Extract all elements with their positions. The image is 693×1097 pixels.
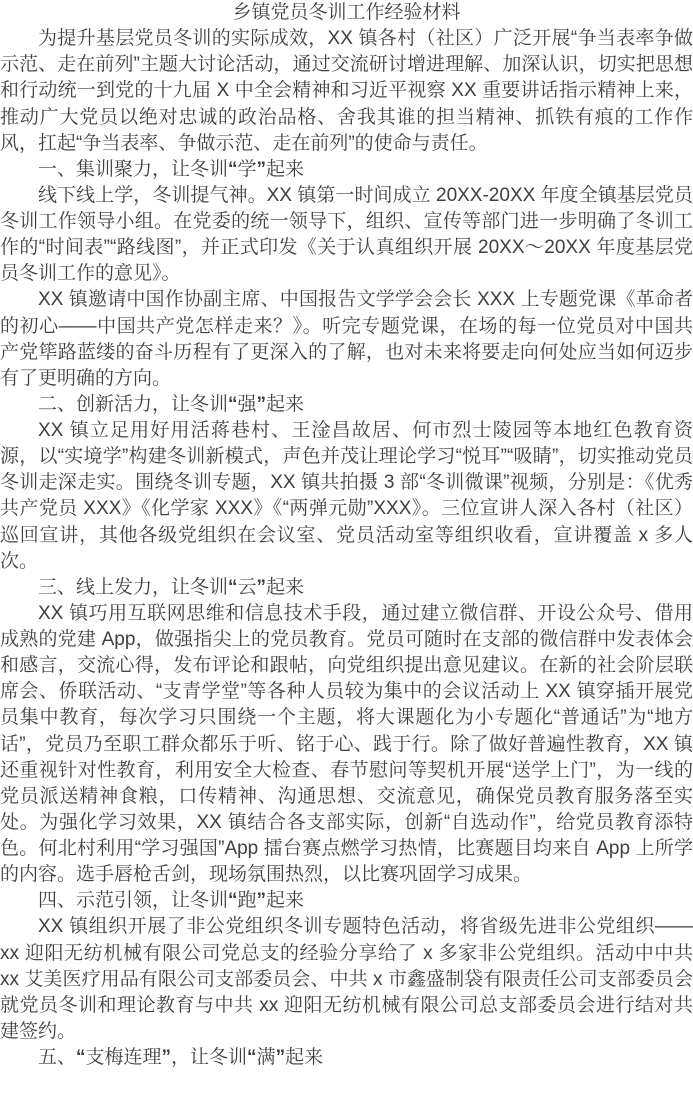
bold-quote-mark: “ bbox=[247, 1047, 257, 1068]
bold-quote-mark: ” bbox=[276, 1047, 286, 1068]
body-paragraph: 为提升基层党员冬训的实际成效，XX 镇各村（社区）广泛开展“争当表率争做示范、走… bbox=[0, 26, 693, 157]
body-paragraph: XX 镇立足用好用活蒋巷村、王淦昌故居、何市烈士陵园等本地红色教育资源，以“实境… bbox=[0, 418, 693, 575]
bold-quote-mark: ” bbox=[257, 577, 267, 598]
body-paragraph: XX 镇组织开展了非公党组织冬训专题特色活动，将省级先进非公党组织——xx 迎阳… bbox=[0, 914, 693, 1045]
section-heading: 二、创新活力，让冬训“强”起来 bbox=[0, 392, 693, 418]
section-heading: 五、“支梅连理”，让冬训“满”起来 bbox=[0, 1045, 693, 1071]
bold-quote-mark: ” bbox=[257, 890, 267, 911]
bold-quote-mark: “ bbox=[228, 577, 238, 598]
body-paragraph: 线下线上学，冬训提气神。XX 镇第一时间成立 20XX-20XX 年度全镇基层党… bbox=[0, 183, 693, 288]
document-page: 乡镇党员冬训工作经验材料为提升基层党员冬训的实际成效，XX 镇各村（社区）广泛开… bbox=[0, 0, 693, 1097]
section-heading: 三、线上发力，让冬训“云”起来 bbox=[0, 575, 693, 601]
bold-quote-mark: ” bbox=[162, 1047, 172, 1068]
bold-quote-mark: “ bbox=[228, 159, 238, 180]
document-content: 乡镇党员冬训工作经验材料为提升基层党员冬训的实际成效，XX 镇各村（社区）广泛开… bbox=[0, 0, 693, 1071]
document-title: 乡镇党员冬训工作经验材料 bbox=[0, 0, 693, 26]
body-paragraph: XX 镇巧用互联网思维和信息技术手段，通过建立微信群、开设公众号、借用成熟的党建… bbox=[0, 601, 693, 888]
bold-quote-mark: “ bbox=[228, 890, 238, 911]
bold-quote-mark: “ bbox=[228, 394, 238, 415]
bold-quote-mark: ” bbox=[257, 394, 267, 415]
bold-quote-mark: “ bbox=[76, 1047, 86, 1068]
section-heading: 四、示范引领，让冬训“跑”起来 bbox=[0, 888, 693, 914]
body-paragraph: XX 镇邀请中国作协副主席、中国报告文学学会会长 XXX 上专题党课《革命者的初… bbox=[0, 287, 693, 392]
section-heading: 一、集训聚力，让冬训“学”起来 bbox=[0, 157, 693, 183]
bold-quote-mark: ” bbox=[257, 159, 267, 180]
